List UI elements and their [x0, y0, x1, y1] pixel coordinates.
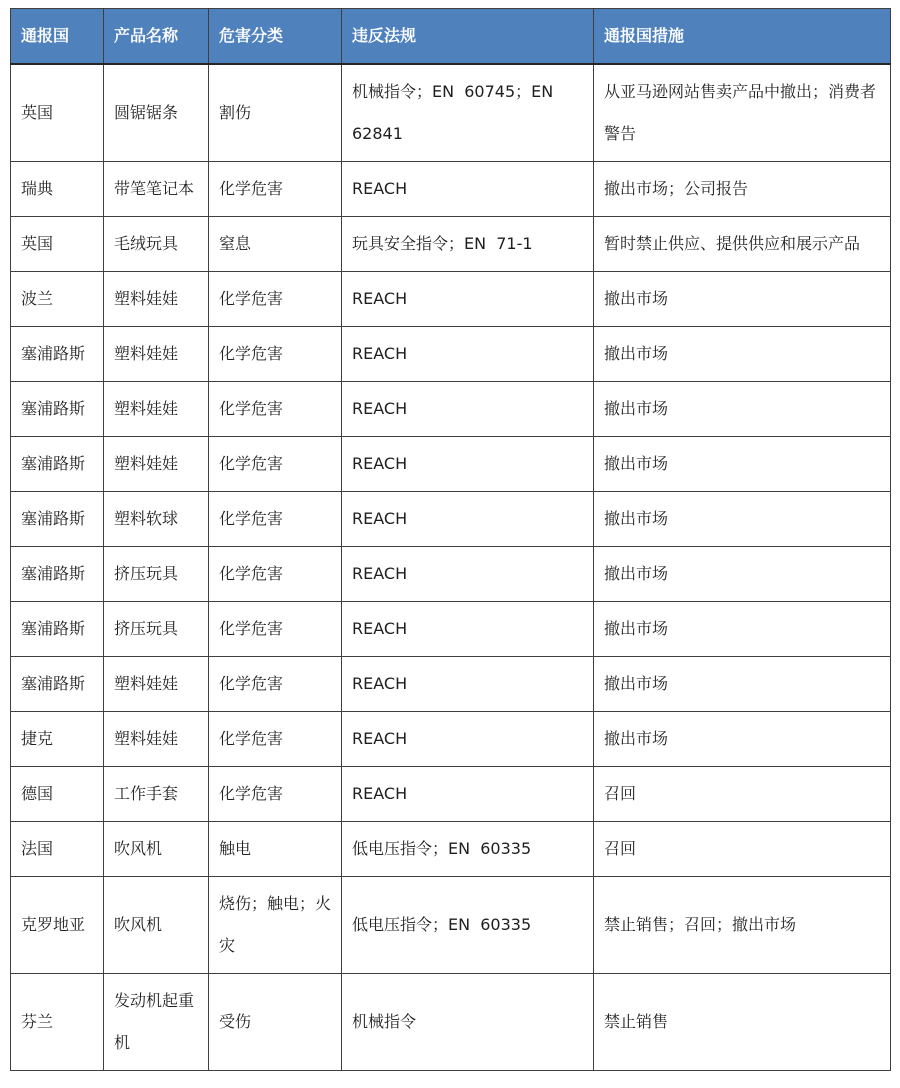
cell-regulation: REACH [342, 382, 594, 437]
cell-hazard: 化学危害 [209, 382, 342, 437]
table-row: 塞浦路斯塑料娃娃化学危害REACH撤出市场 [11, 327, 891, 382]
cell-product: 圆锯锯条 [104, 64, 209, 162]
cell-country: 塞浦路斯 [11, 327, 104, 382]
cell-hazard: 化学危害 [209, 602, 342, 657]
cell-country: 塞浦路斯 [11, 492, 104, 547]
cell-measure: 撤出市场 [594, 602, 891, 657]
cell-product: 塑料娃娃 [104, 712, 209, 767]
table-row: 克罗地亚吹风机烧伤；触电；火灾低电压指令；EN 60335禁止销售；召回；撤出市… [11, 877, 891, 974]
table-row: 瑞典带笔笔记本化学危害REACH撤出市场；公司报告 [11, 162, 891, 217]
cell-measure: 撤出市场；公司报告 [594, 162, 891, 217]
cell-product: 发动机起重机 [104, 974, 209, 1071]
table-row: 德国工作手套化学危害REACH召回 [11, 767, 891, 822]
cell-measure: 召回 [594, 822, 891, 877]
table-row: 波兰塑料娃娃化学危害REACH撤出市场 [11, 272, 891, 327]
column-header-regulation: 违反法规 [342, 9, 594, 65]
cell-regulation: REACH [342, 712, 594, 767]
cell-hazard: 化学危害 [209, 492, 342, 547]
table-row: 塞浦路斯塑料软球化学危害REACH撤出市场 [11, 492, 891, 547]
table-header-row: 通报国产品名称危害分类违反法规通报国措施 [11, 9, 891, 65]
cell-country: 芬兰 [11, 974, 104, 1071]
cell-country: 法国 [11, 822, 104, 877]
cell-product: 挤压玩具 [104, 602, 209, 657]
cell-country: 英国 [11, 217, 104, 272]
cell-regulation: REACH [342, 162, 594, 217]
cell-hazard: 化学危害 [209, 547, 342, 602]
cell-product: 挤压玩具 [104, 547, 209, 602]
table-row: 塞浦路斯塑料娃娃化学危害REACH撤出市场 [11, 382, 891, 437]
cell-regulation: 低电压指令；EN 60335 [342, 877, 594, 974]
cell-regulation: REACH [342, 492, 594, 547]
product-safety-notification-table: 通报国产品名称危害分类违反法规通报国措施 英国圆锯锯条割伤机械指令；EN 607… [10, 8, 891, 1071]
cell-measure: 召回 [594, 767, 891, 822]
cell-hazard: 化学危害 [209, 437, 342, 492]
cell-product: 带笔笔记本 [104, 162, 209, 217]
cell-regulation: REACH [342, 602, 594, 657]
cell-regulation: 机械指令；EN 60745；EN 62841 [342, 64, 594, 162]
cell-measure: 禁止销售；召回；撤出市场 [594, 877, 891, 974]
cell-hazard: 窒息 [209, 217, 342, 272]
table-row: 法国吹风机触电低电压指令；EN 60335召回 [11, 822, 891, 877]
cell-product: 毛绒玩具 [104, 217, 209, 272]
column-header-country: 通报国 [11, 9, 104, 65]
cell-product: 吹风机 [104, 877, 209, 974]
table-row: 塞浦路斯挤压玩具化学危害REACH撤出市场 [11, 602, 891, 657]
cell-hazard: 割伤 [209, 64, 342, 162]
cell-hazard: 化学危害 [209, 767, 342, 822]
cell-measure: 撤出市场 [594, 492, 891, 547]
cell-measure: 禁止销售 [594, 974, 891, 1071]
cell-country: 塞浦路斯 [11, 382, 104, 437]
cell-hazard: 烧伤；触电；火灾 [209, 877, 342, 974]
cell-measure: 从亚马逊网站售卖产品中撤出；消费者警告 [594, 64, 891, 162]
cell-regulation: 低电压指令；EN 60335 [342, 822, 594, 877]
cell-country: 克罗地亚 [11, 877, 104, 974]
cell-measure: 撤出市场 [594, 272, 891, 327]
cell-measure: 撤出市场 [594, 547, 891, 602]
cell-hazard: 化学危害 [209, 712, 342, 767]
cell-regulation: REACH [342, 657, 594, 712]
cell-regulation: REACH [342, 547, 594, 602]
table-row: 塞浦路斯挤压玩具化学危害REACH撤出市场 [11, 547, 891, 602]
cell-hazard: 化学危害 [209, 657, 342, 712]
column-header-product: 产品名称 [104, 9, 209, 65]
cell-country: 捷克 [11, 712, 104, 767]
cell-regulation: REACH [342, 437, 594, 492]
cell-country: 塞浦路斯 [11, 602, 104, 657]
cell-hazard: 化学危害 [209, 327, 342, 382]
cell-product: 塑料娃娃 [104, 272, 209, 327]
cell-product: 塑料软球 [104, 492, 209, 547]
cell-measure: 撤出市场 [594, 712, 891, 767]
cell-product: 塑料娃娃 [104, 437, 209, 492]
cell-country: 德国 [11, 767, 104, 822]
cell-regulation: REACH [342, 327, 594, 382]
table-row: 芬兰发动机起重机受伤机械指令禁止销售 [11, 974, 891, 1071]
cell-product: 塑料娃娃 [104, 327, 209, 382]
cell-country: 瑞典 [11, 162, 104, 217]
cell-country: 塞浦路斯 [11, 437, 104, 492]
cell-regulation: 机械指令 [342, 974, 594, 1071]
table-row: 英国圆锯锯条割伤机械指令；EN 60745；EN 62841从亚马逊网站售卖产品… [11, 64, 891, 162]
table-row: 捷克塑料娃娃化学危害REACH撤出市场 [11, 712, 891, 767]
cell-product: 工作手套 [104, 767, 209, 822]
table-row: 英国毛绒玩具窒息玩具安全指令；EN 71-1暂时禁止供应、提供供应和展示产品 [11, 217, 891, 272]
column-header-measure: 通报国措施 [594, 9, 891, 65]
cell-country: 英国 [11, 64, 104, 162]
cell-hazard: 触电 [209, 822, 342, 877]
table-row: 塞浦路斯塑料娃娃化学危害REACH撤出市场 [11, 657, 891, 712]
cell-product: 塑料娃娃 [104, 657, 209, 712]
cell-hazard: 化学危害 [209, 162, 342, 217]
column-header-hazard: 危害分类 [209, 9, 342, 65]
cell-country: 塞浦路斯 [11, 547, 104, 602]
cell-product: 吹风机 [104, 822, 209, 877]
cell-regulation: REACH [342, 767, 594, 822]
cell-measure: 撤出市场 [594, 657, 891, 712]
cell-product: 塑料娃娃 [104, 382, 209, 437]
cell-country: 塞浦路斯 [11, 657, 104, 712]
cell-regulation: 玩具安全指令；EN 71-1 [342, 217, 594, 272]
cell-measure: 撤出市场 [594, 437, 891, 492]
cell-regulation: REACH [342, 272, 594, 327]
cell-hazard: 受伤 [209, 974, 342, 1071]
cell-measure: 撤出市场 [594, 327, 891, 382]
cell-measure: 撤出市场 [594, 382, 891, 437]
cell-hazard: 化学危害 [209, 272, 342, 327]
cell-country: 波兰 [11, 272, 104, 327]
table-row: 塞浦路斯塑料娃娃化学危害REACH撤出市场 [11, 437, 891, 492]
cell-measure: 暂时禁止供应、提供供应和展示产品 [594, 217, 891, 272]
